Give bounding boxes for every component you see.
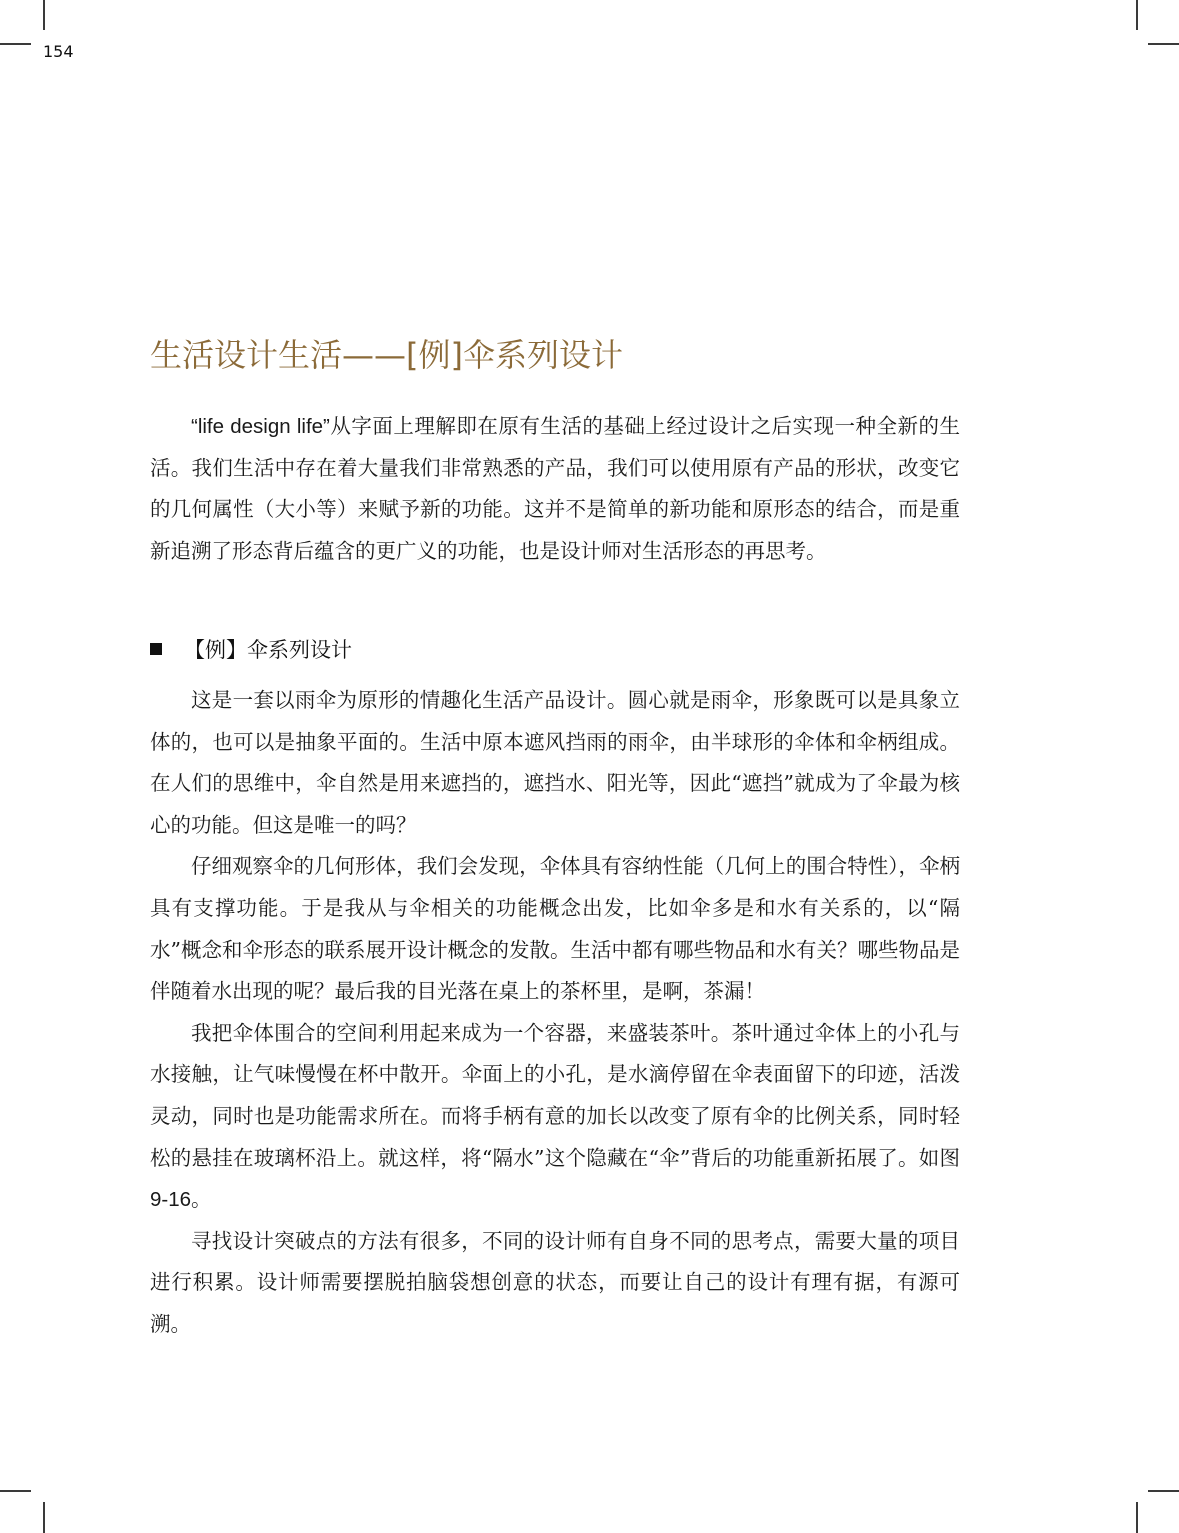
crop-mark-bottom-left-vertical bbox=[43, 1502, 45, 1533]
crop-mark-top-right-horizontal bbox=[1148, 43, 1179, 45]
section-body: 这是一套以雨伞为原形的情趣化生活产品设计。圆心就是雨伞，形象既可以是具象立体的，… bbox=[150, 680, 960, 1346]
intro-quote: “life design life” bbox=[191, 415, 330, 438]
page-number: 154 bbox=[43, 42, 74, 61]
figure-reference: 9-16 bbox=[150, 1188, 191, 1211]
crop-mark-bottom-right-horizontal bbox=[1148, 1490, 1179, 1492]
paragraph-1: 这是一套以雨伞为原形的情趣化生活产品设计。圆心就是雨伞，形象既可以是具象立体的，… bbox=[150, 680, 960, 846]
crop-mark-top-right-vertical bbox=[1136, 0, 1138, 30]
crop-mark-bottom-right-vertical bbox=[1136, 1502, 1138, 1533]
figure-ref-prefix: 如图 bbox=[919, 1146, 960, 1170]
intro-paragraph: “life design life”从字面上理解即在原有生活的基础上经过设计之后… bbox=[150, 406, 960, 572]
crop-mark-bottom-left-horizontal bbox=[0, 1490, 31, 1492]
section-heading: 【例】伞系列设计 bbox=[150, 634, 352, 664]
page-title: 生活设计生活——[例]伞系列设计 bbox=[150, 330, 623, 376]
paragraph-3-text: 我把伞体围合的空间利用起来成为一个容器，来盛装茶叶。茶叶通过伞体上的小孔与水接触… bbox=[150, 1021, 960, 1170]
paragraph-4: 寻找设计突破点的方法有很多，不同的设计师有自身不同的思考点，需要大量的项目进行积… bbox=[150, 1221, 960, 1346]
square-bullet-icon bbox=[150, 643, 162, 655]
section-heading-label: 【例】伞系列设计 bbox=[184, 634, 352, 664]
paragraph-3: 我把伞体围合的空间利用起来成为一个容器，来盛装茶叶。茶叶通过伞体上的小孔与水接触… bbox=[150, 1013, 960, 1221]
paragraph-2: 仔细观察伞的几何形体，我们会发现，伞体具有容纳性能（几何上的围合特性），伞柄具有… bbox=[150, 846, 960, 1012]
crop-mark-top-left-vertical bbox=[43, 0, 45, 30]
intro-paragraph-block: “life design life”从字面上理解即在原有生活的基础上经过设计之后… bbox=[150, 406, 960, 572]
crop-mark-top-left-horizontal bbox=[0, 43, 31, 45]
figure-ref-suffix: 。 bbox=[191, 1187, 212, 1211]
